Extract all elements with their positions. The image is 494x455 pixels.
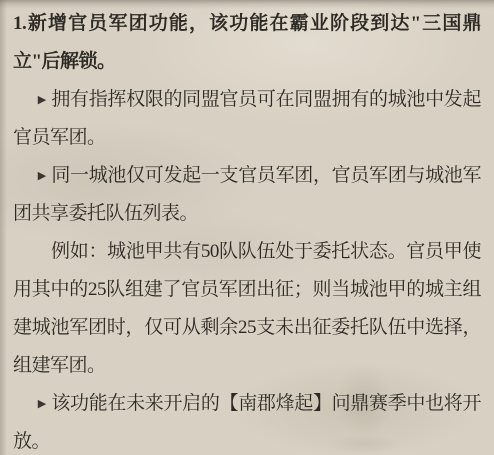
triangle-bullet-icon: ▶ (38, 398, 47, 410)
bullet-paragraph: ▶该功能在未来开启的【南郡烽起】问鼎赛季中也将开放。 (13, 385, 481, 455)
paragraph-text: 拥有指挥权限的同盟官员可在同盟拥有的城池中发起官员军团。 (13, 89, 481, 148)
section-heading: 1.新增官员军团功能，该功能在霸业阶段到达"三国鼎立"后解锁。 (13, 5, 481, 81)
paragraph-text: 同一城池仅可发起一支官员军团，官员军团与城池军团共享委托队伍列表。 (13, 165, 481, 224)
bullet-paragraph: ▶同一城池仅可发起一支官员军团，官员军团与城池军团共享委托队伍列表。 (13, 157, 481, 233)
patch-notes-page: 1.新增官员军团功能，该功能在霸业阶段到达"三国鼎立"后解锁。 ▶拥有指挥权限的… (0, 0, 494, 455)
bullet-paragraph: ▶拥有指挥权限的同盟官员可在同盟拥有的城池中发起官员军团。 (13, 81, 481, 157)
example-paragraph: 例如：城池甲共有50队队伍处于委托状态。官员甲使用其中的25队组建了官员军团出征… (13, 233, 481, 385)
paragraph-text: 该功能在未来开启的【南郡烽起】问鼎赛季中也将开放。 (13, 393, 481, 452)
triangle-bullet-icon: ▶ (38, 170, 47, 182)
triangle-bullet-icon: ▶ (38, 94, 47, 106)
paragraph-text: 例如：城池甲共有50队队伍处于委托状态。官员甲使用其中的25队组建了官员军团出征… (13, 241, 481, 376)
